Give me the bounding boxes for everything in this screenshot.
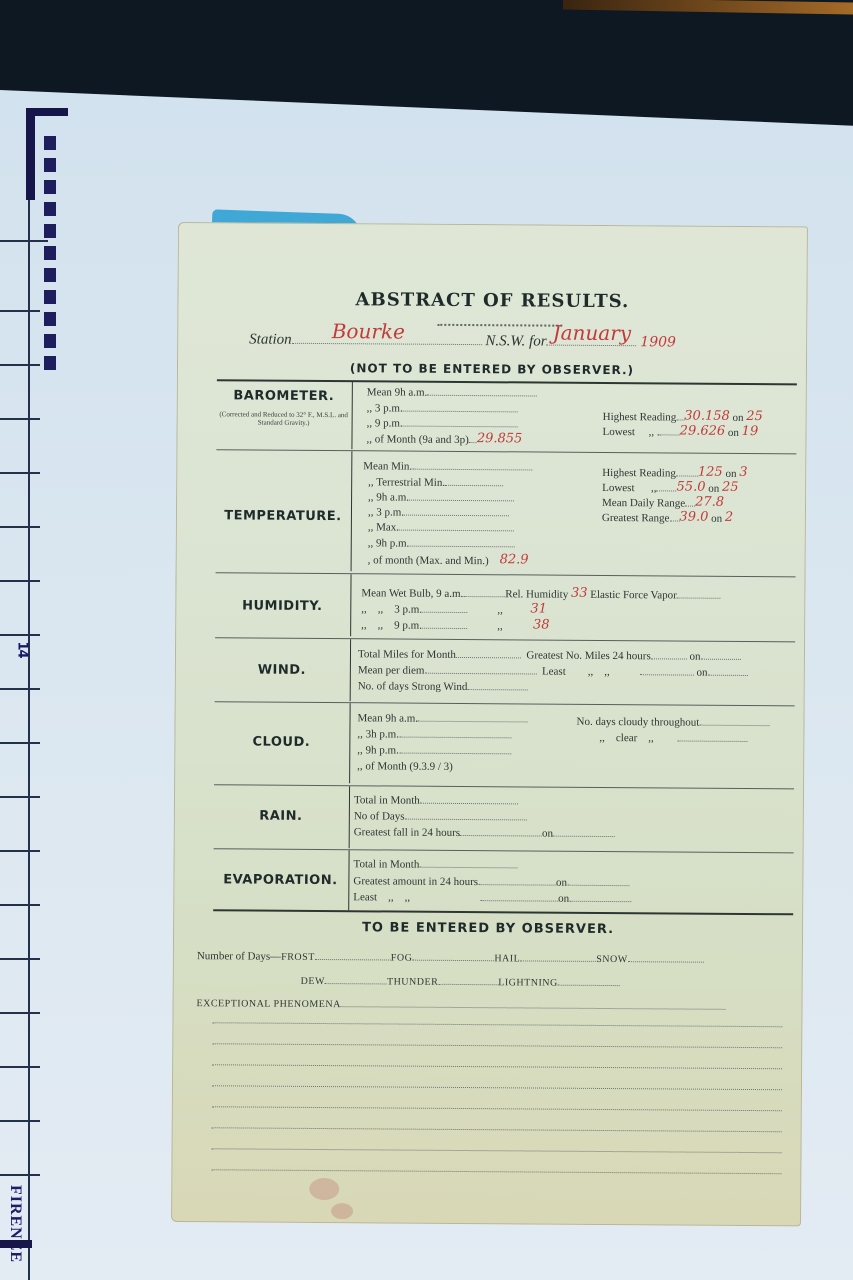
hum-3pm-label: ,, ,, 3 p.m. <box>361 603 422 615</box>
temp-mean-daily-range-label: Mean Daily Range <box>602 497 685 510</box>
hum-9pm-label: ,, ,, 9 p.m. <box>361 619 422 631</box>
baro-lowest-label: Lowest <box>603 426 635 438</box>
temp-highest-on-value: 3 <box>739 465 747 480</box>
on-label: on <box>696 667 707 679</box>
temp-month-label: , of month (Max. and Min.) <box>368 554 489 567</box>
hum-9am-label: Mean Wet Bulb, 9 a.m. <box>361 587 463 600</box>
phenomena-line <box>212 1148 782 1154</box>
temp-greatest-range-value: 39.0 <box>679 510 708 525</box>
phenomena-line <box>212 1106 782 1112</box>
cloud-cloudy-days-label: No. days cloudy throughout <box>576 716 699 729</box>
on-label: on <box>711 513 722 525</box>
baro-highest-value: 30.158 <box>684 409 730 424</box>
on-label: on <box>556 877 567 889</box>
wind-greatest-label: Greatest No. Miles 24 hours <box>526 649 650 662</box>
evap-total-label: Total in Month <box>353 858 419 870</box>
snow-label: SNOW <box>596 954 628 965</box>
temp-lowest-label: Lowest <box>602 482 634 494</box>
year-value: 1909 <box>640 334 676 350</box>
ditto-mark: ,, <box>497 620 503 632</box>
baro-9pm-label: ,, 9 p.m. <box>367 417 403 429</box>
baro-highest-label: Highest Reading <box>603 411 677 424</box>
temp-greatest-range-label: Greatest Range <box>602 512 670 524</box>
form-title: ABSTRACT OF RESULTS. <box>197 288 787 313</box>
temp-9pm-label: ,, 9h p.m. <box>368 537 410 549</box>
stain <box>331 1203 353 1219</box>
wind-total-miles-label: Total Miles for Month <box>358 648 456 661</box>
ruler-brand: FIRENZE <box>6 1185 24 1263</box>
lightning-label: LIGHTNING <box>498 977 558 988</box>
baro-month-value: 29.855 <box>477 431 523 446</box>
phenomena-line <box>212 1043 782 1049</box>
ditto-mark: ,, ,, <box>588 666 610 678</box>
fog-label: FOG <box>391 953 413 964</box>
baro-mean-9am-label: Mean 9h a.m. <box>367 386 428 398</box>
on-label: on <box>558 893 569 905</box>
temp-mean-daily-range-value: 27.8 <box>695 495 724 510</box>
station-label: Station <box>249 332 292 348</box>
wind-mean-per-diem-label: Mean per diem <box>358 664 425 676</box>
rain-greatest-label: Greatest fall in 24 hours <box>354 826 460 839</box>
temp-lowest-value: 55.0 <box>677 479 706 494</box>
title-flourish <box>437 320 562 327</box>
baro-month-label: ,, of Month (9a and 3p) <box>366 433 468 446</box>
not-entered-notice: (NOT TO BE ENTERED BY OBSERVER.) <box>197 360 787 378</box>
cloud-label: CLOUD. <box>214 734 348 750</box>
station-value: Bourke <box>332 319 405 344</box>
elastic-force-vapor-label: Elastic Force Vapor <box>590 589 677 602</box>
scale-ruler: 14 FIRENZE <box>0 100 70 1280</box>
on-label: on <box>708 483 719 495</box>
evap-greatest-label: Greatest amount in 24 hours <box>353 875 478 888</box>
frost-label: FROST <box>281 952 315 963</box>
baro-3pm-label: ,, 3 p.m. <box>367 402 403 414</box>
ruler-bar <box>26 108 35 200</box>
abstract-form: ABSTRACT OF RESULTS. StationBourke N.S.W… <box>171 222 808 1226</box>
on-label: on <box>725 468 736 480</box>
temp-highest-value: 125 <box>698 465 723 480</box>
ditto-mark: ,, <box>497 604 503 616</box>
evaporation-label: EVAPORATION. <box>213 872 347 888</box>
wind-label: WIND. <box>215 662 349 678</box>
rain-label: RAIN. <box>214 808 348 824</box>
dew-label: DEW <box>301 976 325 987</box>
ditto-mark: ,, . <box>649 426 660 438</box>
month-value: January <box>553 321 632 346</box>
phenomena-line <box>212 1085 782 1091</box>
on-label: on <box>732 412 743 424</box>
temp-terrestrial-label: ,, Terrestrial Min. <box>368 476 445 489</box>
ruler-bottom-bar <box>0 1240 32 1248</box>
on-label: on <box>728 427 739 439</box>
baro-lowest-on-value: 19 <box>742 424 759 439</box>
cloud-3pm-label: ,, 3h p.m. <box>357 728 399 740</box>
temp-greatest-range-on-value: 2 <box>725 510 733 525</box>
baro-lowest-value: 29.626 <box>680 424 726 439</box>
rel-humidity-label: Rel. Humidity <box>505 588 568 600</box>
rain-days-label: No of Days <box>354 810 405 822</box>
stain <box>309 1178 339 1200</box>
on-label: on <box>689 651 700 663</box>
cloud-9pm-label: ,, 9h p.m. <box>357 744 399 756</box>
temp-9am-label: ,, 9h a.m. <box>368 491 409 503</box>
cloud-9am-label: Mean 9h a.m. <box>357 712 418 724</box>
ruler-spine <box>28 200 30 1280</box>
state-label: N.S.W. for <box>485 333 546 349</box>
ruler-glyphs <box>40 130 60 400</box>
wind-least-label: Least <box>542 666 566 678</box>
hail-label: HAIL <box>494 953 520 964</box>
ruler-mark-14: 14 <box>15 641 30 657</box>
on-label: on <box>542 828 553 840</box>
phenomena-line <box>212 1127 782 1133</box>
rel-humidity-9am-value: 33 <box>571 586 588 601</box>
phenomena-line <box>211 1169 781 1175</box>
phenomena-line <box>212 1064 782 1070</box>
rain-total-label: Total in Month <box>354 794 420 806</box>
number-of-days-label: Number of Days— <box>197 950 281 963</box>
phenomena-line <box>212 1022 782 1028</box>
evap-least-label: Least ,, ,, <box>353 891 410 903</box>
temp-3pm-label: ,, 3 p.m. <box>368 506 404 518</box>
humidity-label: HUMIDITY. <box>215 598 349 614</box>
temp-max-label: ,, Max. <box>368 521 399 533</box>
temperature-label: TEMPERATURE. <box>216 508 350 524</box>
temp-highest-label: Highest Reading <box>602 467 676 480</box>
station-line: StationBourke N.S.W. forJanuary 1909 <box>249 329 789 353</box>
barometer-label: BAROMETER. <box>217 388 351 404</box>
cloud-clear-days-label: ,, clear ,, <box>599 732 653 744</box>
thunder-label: THUNDER <box>387 976 438 987</box>
barometer-note: (Corrected and Reduced to 32° F., M.S.L.… <box>219 410 349 427</box>
temp-lowest-on-value: 25 <box>722 480 739 495</box>
exceptional-phenomena-label: EXCEPTIONAL PHENOMENA <box>197 998 341 1010</box>
observer-title: TO BE ENTERED BY OBSERVER. <box>193 919 783 938</box>
wind-strong-days-label: No. of days Strong Wind <box>358 680 468 693</box>
temp-mean-min-label: Mean Min. <box>363 460 412 472</box>
baro-highest-on-value: 25 <box>746 409 763 424</box>
rel-humidity-9pm-value: 38 <box>533 617 550 632</box>
cloud-month-label: ,, of Month (9.3.9 / 3) <box>357 760 453 773</box>
temp-month-value: 82.9 <box>500 552 529 567</box>
rel-humidity-3pm-value: 31 <box>530 601 547 616</box>
